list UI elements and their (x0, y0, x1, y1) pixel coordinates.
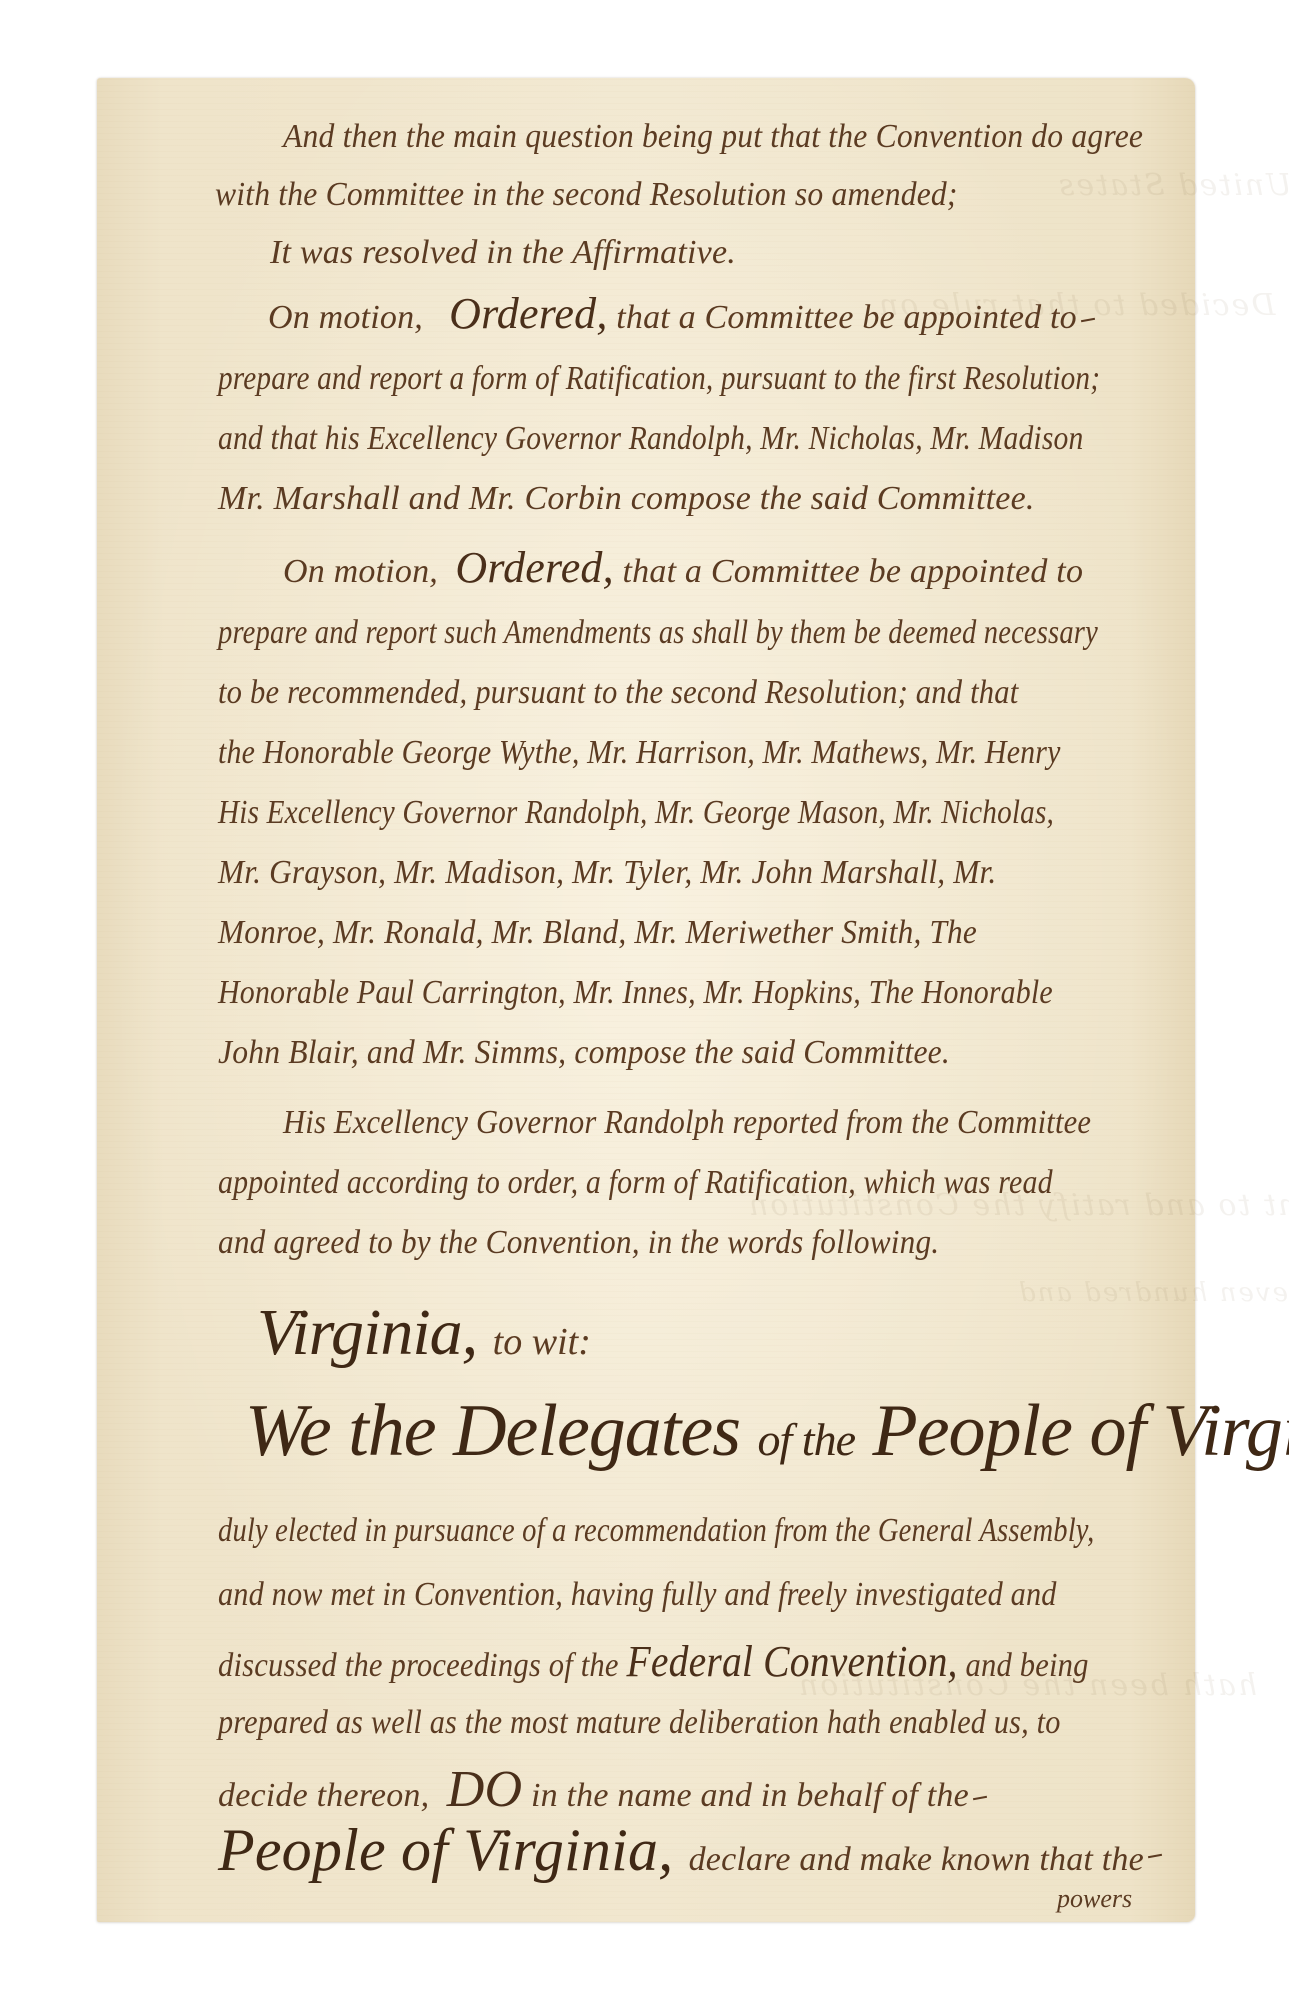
text-fragment: that a Committee be appointed to (616, 299, 1077, 336)
text-line: the Honorable George Wythe, Mr. Harrison… (218, 736, 1061, 770)
text-line: and that his Excellency Governor Randolp… (218, 422, 1083, 456)
text-line: His Excellency Governor Randolph reporte… (283, 1106, 1091, 1140)
preamble-delegates: Delegates (453, 1390, 740, 1472)
text-line: On motion, Ordered, that a Committee be … (283, 546, 1083, 590)
text-line: His Excellency Governor Randolph, Mr. Ge… (218, 796, 1054, 830)
do-emphasis: DO (447, 1761, 523, 1818)
text-line: decide thereon, DO in the name and in be… (218, 1764, 987, 1816)
line-filler-dash (973, 1796, 987, 1800)
heading-virginia: Virginia, to wit: (257, 1300, 591, 1366)
text-line: prepare and report such Amendments as sh… (218, 616, 1098, 650)
text-line: duly elected in pursuance of a recommend… (218, 1514, 1094, 1548)
preamble-of-the: of the (758, 1414, 855, 1465)
bleed-through-text: United States (1057, 168, 1289, 203)
catchword: powers (1057, 1884, 1132, 1914)
text-line: Mr. Marshall and Mr. Corbin compose the … (218, 482, 1035, 516)
text-line: discussed the proceedings of the Federal… (218, 1640, 1089, 1684)
heading-to-wit: to wit: (493, 1321, 591, 1363)
on-motion-label: On motion, (268, 299, 423, 336)
on-motion-label: On motion, (283, 553, 438, 590)
manuscript-page: United States Decided to that rule on as… (97, 78, 1195, 1922)
ordered-label: Ordered, (455, 543, 613, 592)
text-fragment: decide thereon, (218, 1777, 429, 1814)
text-line: and agreed to by the Convention, in the … (218, 1226, 939, 1260)
text-line: On motion, Ordered, that a Committee be … (268, 292, 1095, 336)
text-fragment: and being (965, 1647, 1088, 1684)
text-line: prepare and report a form of Ratificatio… (218, 362, 1100, 396)
text-line: appointed according to order, a form of … (218, 1166, 1053, 1200)
text-line: Monroe, Mr. Ronald, Mr. Bland, Mr. Meriw… (218, 916, 977, 950)
text-line: John Blair, and Mr. Simms, compose the s… (218, 1036, 950, 1070)
line-filler-dash (1148, 1854, 1162, 1858)
bleed-through-text: on the twentieth day of October, one tho… (1017, 1278, 1289, 1308)
people-of-virginia: People of Virginia, (218, 1817, 673, 1883)
text-line: Honorable Paul Carrington, Mr. Innes, Mr… (218, 976, 1053, 1010)
text-line: with the Committee in the second Resolut… (215, 178, 958, 212)
federal-convention: Federal Convention, (626, 1637, 957, 1686)
text-line: And then the main question being put tha… (283, 120, 1143, 154)
text-fragment: in the name and in behalf of the (531, 1777, 969, 1814)
ordered-label: Ordered, (449, 289, 607, 338)
text-fragment: that a Committee be appointed to (623, 553, 1084, 590)
text-line: Mr. Grayson, Mr. Madison, Mr. Tyler, Mr.… (218, 856, 996, 890)
heading-virginia-word: Virginia, (257, 1296, 477, 1369)
text-line: It was resolved in the Affirmative. (270, 236, 736, 270)
text-fragment: declare and make known that the (689, 1841, 1144, 1878)
text-line: and now met in Convention, having fully … (218, 1578, 1057, 1612)
text-line: to be recommended, pursuant to the secon… (218, 676, 1018, 710)
preamble-heading: We the Delegates of the People of Virgin… (245, 1394, 1289, 1468)
preamble-people-of-virginia: People of Virginia (873, 1390, 1289, 1472)
text-fragment: discussed the proceedings of the (218, 1647, 619, 1684)
preamble-we-the: We the (245, 1390, 436, 1472)
text-line: People of Virginia, declare and make kno… (218, 1820, 1162, 1880)
line-filler-dash (1081, 318, 1095, 322)
text-line: prepared as well as the most mature deli… (218, 1706, 1060, 1740)
